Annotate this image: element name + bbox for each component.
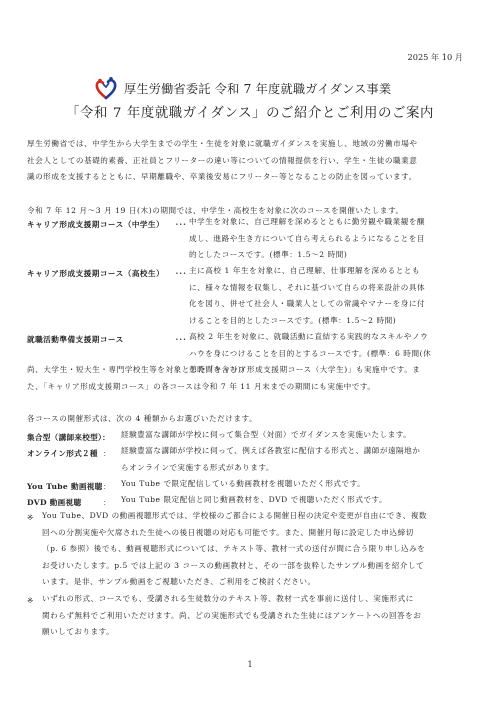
note-mark: ※ (27, 513, 33, 522)
format-colon: ： (103, 497, 111, 508)
format-name: オンライン形式２種 (27, 448, 98, 459)
leader-dots: ･･･ (175, 219, 186, 230)
format-desc-line: 経験豊富な講師が学校に伺って集合型（対面）でガイダンスを実施いたします。 (121, 427, 476, 444)
course-desc-line: に、様々な情報を収集し、それに基づいて自らの将来設計の具体 (189, 280, 474, 297)
course-name: 就職活動準備支援期コース (27, 334, 124, 345)
note-line: 回への分割実施や欠席された生徒への後日視聴の対応も可能です。また、開催月毎に設定… (42, 525, 482, 542)
format-description: You Tube 限定配信と同じ動画教材を、DVD で視聴いただく形式です。 (121, 492, 476, 509)
note-mark: ※ (27, 596, 33, 605)
course-desc-line: 成し、進路や生き方について自ら考えられるようになることを目 (189, 231, 474, 248)
formats-intro: 各コースの開催形式は、次の 4 種類からお選びいただけます。 (27, 411, 257, 428)
course-description: 主に高校 1 年生を対象に、自己理解、仕事理解を深めるととも に、様々な情報を収… (189, 263, 474, 329)
leader-dots: ･･･ (175, 334, 186, 345)
format-name: 集合型（講師来校型）： (27, 432, 110, 443)
course-desc-line: 主に高校 1 年生を対象に、自己理解、仕事理解を深めるととも (189, 263, 474, 280)
note-line: 関わらず無料でご利用いただけます。尚、どの実施形式でも受講された生徒にはアンケー… (42, 608, 482, 625)
intro-line: 識の形成を支援するとともに、早期離職や、卒業後安易にフリーター等となることの防止… (27, 169, 418, 186)
note-text: いずれの形式、コースでも、受講される生徒数分のテキスト等、教材一式を事前に送付し… (42, 591, 482, 641)
course-desc-line: 高校 2 年生を対象に、就職活動に直結する実践的なスキルやノウ (189, 329, 474, 346)
course-desc-line: 中学生を対象に、自己理解を深めるとともに勤労観や職業観を醸 (189, 214, 474, 231)
format-colon: ： (103, 448, 111, 459)
note-line: います。是非、サンプル動画をご視聴いただき、ご利用をご検討ください。 (42, 574, 482, 591)
course-desc-line: ハウを身につけることを目的とするコースです。(標準：6 時間(休 (189, 346, 474, 363)
document-title: 「令和 7 年度就職ガイダンス」のご紹介とご利用のご案内 (0, 102, 500, 121)
format-desc-line: You Tube 限定配信と同じ動画教材を、DVD で視聴いただく形式です。 (121, 492, 476, 509)
intro-line: 厚生労働省では、中学生から大学生までの学生・生徒を対象に就職ガイダンスを実施し、… (27, 136, 418, 153)
leader-dots: ･･･ (175, 268, 186, 279)
format-colon: ： (103, 481, 111, 492)
format-desc-line: You Tube で限定配信している動画教材を視聴いただく形式です。 (121, 476, 476, 493)
note-line: お受けいたします。p.5 では上記の 3 コースの動画教材と、その一部を抜粋した… (42, 558, 482, 575)
course-name: キャリア形成支援期コース（中学生） (27, 219, 164, 230)
course-desc-line: けることを目的としたコースです。(標準：1.5～2 時間) (189, 313, 474, 330)
university-note-line: 尚、大学生・短大生・専門学校生等を対象とした「キャリア形成支援期コース（大学生)… (27, 362, 420, 379)
university-note: 尚、大学生・短大生・専門学校生等を対象とした「キャリア形成支援期コース（大学生)… (27, 362, 420, 395)
university-note-line: た、「キャリア形成支援期コース」の各コースは令和 7 年 11 月末までの期間に… (27, 379, 420, 396)
format-name: DVD 動画視聴 (27, 497, 81, 508)
intro-paragraph: 厚生労働省では、中学生から大学生までの学生・生徒を対象に就職ガイダンスを実施し、… (27, 136, 418, 186)
note-line: 願いしております。 (42, 624, 482, 641)
course-description: 中学生を対象に、自己理解を深めるとともに勤労観や職業観を醸 成し、進路や生き方に… (189, 214, 474, 264)
note-line: （p. 6 参照）後でも、動画視聴形式については、テキスト等、教材一式の送付が間… (42, 541, 482, 558)
format-desc-line: らオンラインで実施する形式があります。 (121, 460, 476, 477)
course-name: キャリア形成支援期コース（高校生） (27, 268, 164, 279)
format-desc-line: 経験豊富な講師が学校に伺って、例えば各教室に配信する形式と、講師が遠隔地か (121, 443, 476, 460)
note-text: You Tube、DVD の動画視聴形式では、学校様のご都合による開催日程の決定… (42, 508, 482, 591)
intro-line: 社会人としての基礎的素養、正社員とフリーターの違い等についての情報提供を行い、学… (27, 153, 418, 170)
page-number: 1 (0, 660, 500, 669)
format-name: You Tube 動画視聴 (27, 481, 103, 492)
document-subtitle: 厚生労働省委託 令和 7 年度就職ガイダンス事業 (124, 80, 391, 97)
format-description: You Tube で限定配信している動画教材を視聴いただく形式です。 (121, 476, 476, 493)
course-desc-line: 化を図り、併せて社会人・職業人としての常識やマナーを身に付 (189, 296, 474, 313)
mhlw-heart-logo-icon (94, 76, 118, 100)
format-description: 経験豊富な講師が学校に伺って、例えば各教室に配信する形式と、講師が遠隔地か らオ… (121, 443, 476, 476)
document-date: 2025 年 10 月 (408, 52, 463, 63)
course-desc-line: 的としたコースです。(標準：1.5～2 時間) (189, 247, 474, 264)
format-description: 経験豊富な講師が学校に伺って集合型（対面）でガイダンスを実施いたします。 (121, 427, 476, 444)
note-line: You Tube、DVD の動画視聴形式では、学校様のご都合による開催日程の決定… (42, 508, 482, 525)
document-header: 厚生労働省委託 令和 7 年度就職ガイダンス事業 (94, 76, 391, 100)
note-line: いずれの形式、コースでも、受講される生徒数分のテキスト等、教材一式を事前に送付し… (42, 591, 482, 608)
